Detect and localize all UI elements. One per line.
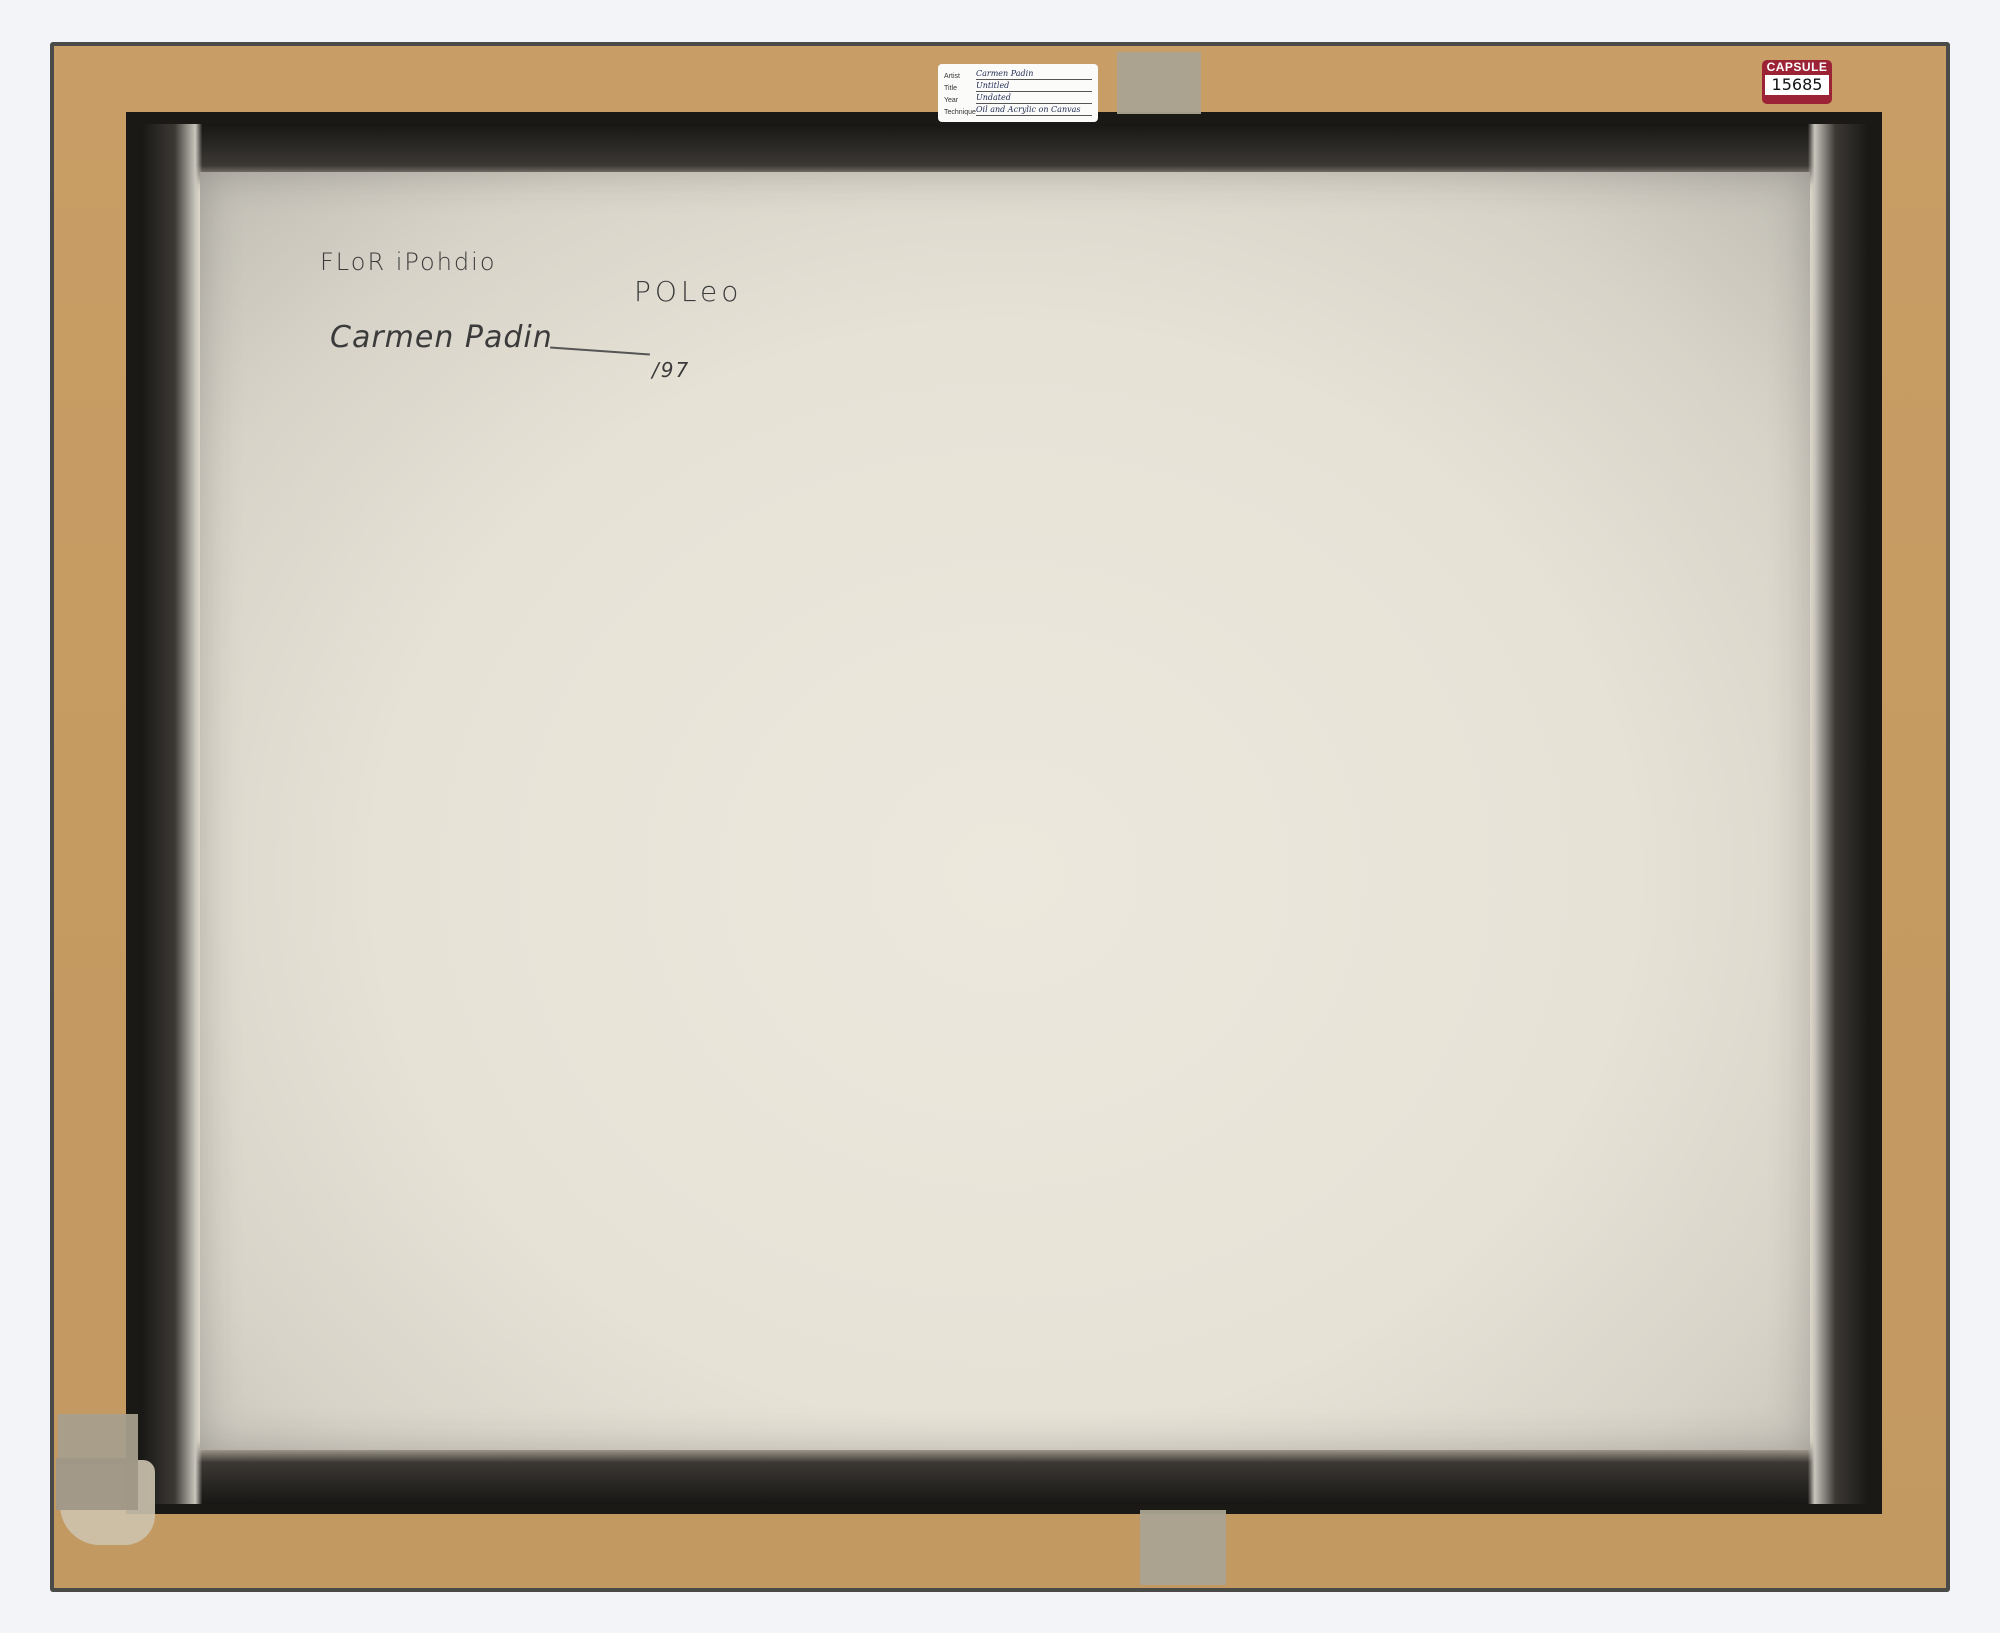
label-row-title: Title Untitled — [944, 80, 1092, 92]
label-row-technique: Technique Oil and Acrylic on Canvas — [944, 104, 1092, 116]
handwritten-title-2: POLeo — [634, 275, 742, 308]
label-row-year: Year Undated — [944, 92, 1092, 104]
capsule-brand: CAPSULE — [1762, 60, 1832, 75]
handwritten-year: /97 — [652, 358, 690, 382]
tape-top — [1117, 52, 1201, 114]
inventory-label: Artist Carmen Padin Title Untitled Year … — [938, 64, 1098, 122]
canvas-back — [200, 172, 1810, 1450]
tape-corner-upper — [58, 1414, 138, 1464]
label-row-artist: Artist Carmen Padin — [944, 68, 1092, 80]
capsule-lot-tag: CAPSULE 15685 — [1762, 60, 1832, 104]
handwritten-signature: Carmen Padin — [330, 320, 553, 355]
lot-number: 15685 — [1765, 75, 1829, 95]
tape-corner-lower — [56, 1458, 138, 1510]
tape-bottom — [1140, 1510, 1226, 1585]
handwritten-title-1: FLoR iPohdio — [320, 248, 497, 276]
